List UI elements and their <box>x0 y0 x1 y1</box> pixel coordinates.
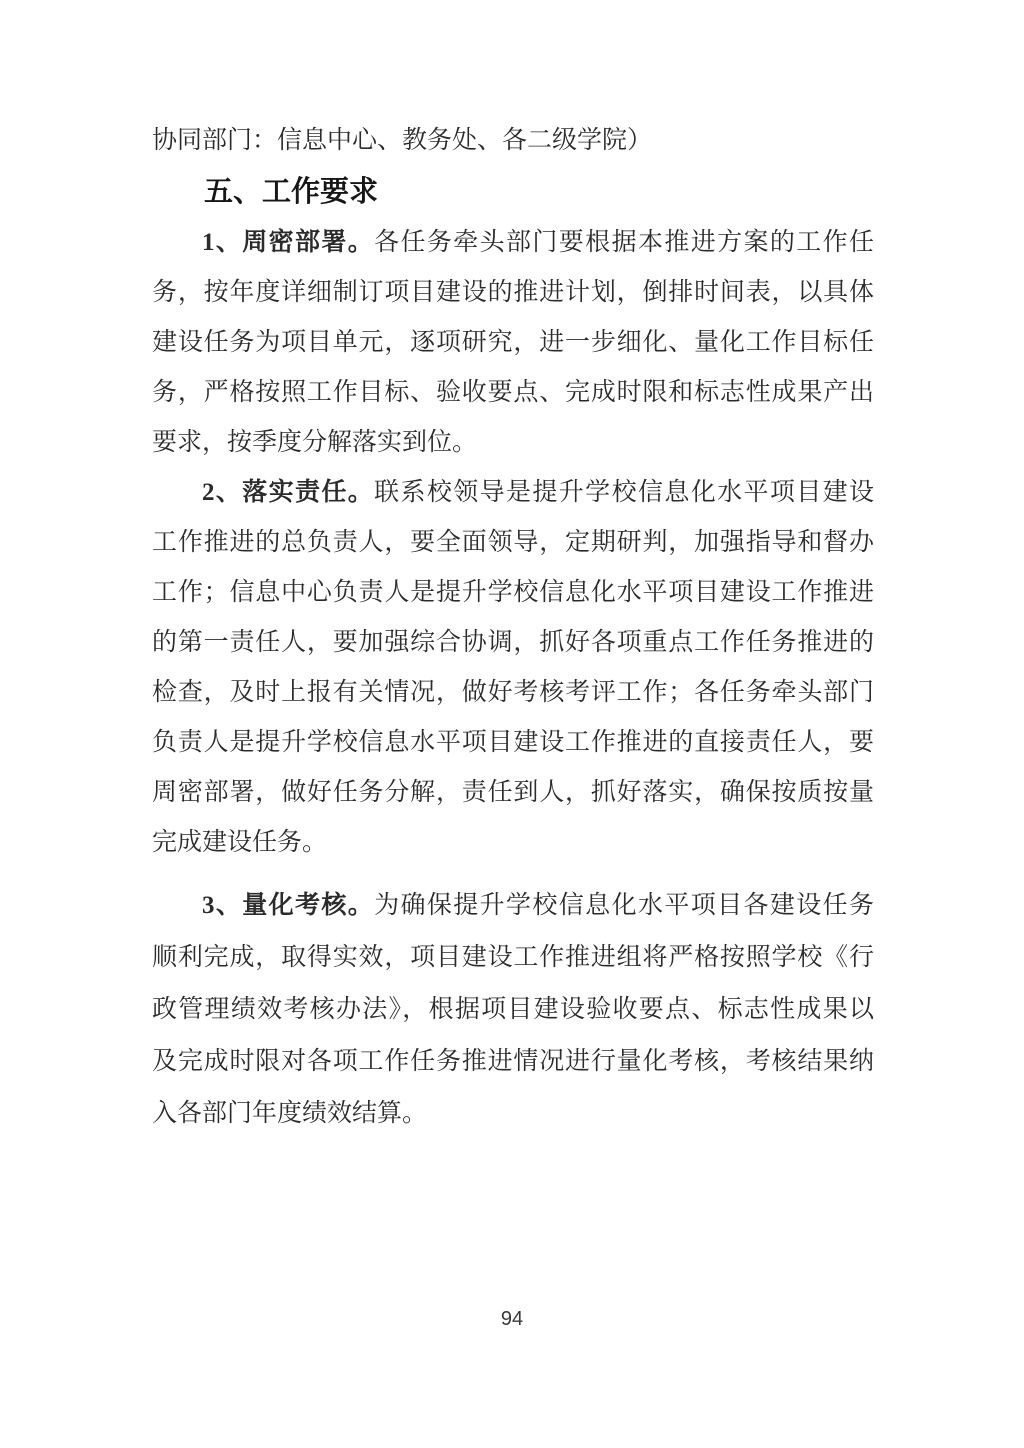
paragraph-2-line: 负责人是提升学校信息水平项目建设工作推进的直接责任人，要 <box>152 718 874 768</box>
document-body: 协同部门：信息中心、教务处、各二级学院） 五、工作要求 1、周密部署。各任务牵头… <box>152 116 874 1140</box>
intro-line: 协同部门：信息中心、教务处、各二级学院） <box>152 116 874 166</box>
paragraph-1-lead-text: 各任务牵头部门要根据本推进方案的工作任 <box>374 229 874 256</box>
paragraph-1-label: 1、周密部署。 <box>202 229 374 256</box>
paragraph-2-line: 工作；信息中心负责人是提升学校信息化水平项目建设工作推进 <box>152 568 874 618</box>
paragraph-3-lead-text: 为确保提升学校信息化水平项目各建设任务 <box>374 892 874 919</box>
paragraph-3-label: 3、量化考核。 <box>202 892 374 919</box>
paragraph-3-line: 及完成时限对各项工作任务推进情况进行量化考核，考核结果纳 <box>152 1036 874 1088</box>
paragraph-2: 2、落实责任。联系校领导是提升学校信息化水平项目建设 工作推进的总负责人，要全面… <box>152 468 874 868</box>
paragraph-2-lead-text: 联系校领导是提升学校信息化水平项目建设 <box>374 479 874 506</box>
paragraph-1-line: 务，严格按照工作目标、验收要点、完成时限和标志性成果产出 <box>152 368 874 418</box>
paragraph-1-line: 要求，按季度分解落实到位。 <box>152 418 874 468</box>
page-number: 94 <box>0 1308 1024 1331</box>
paragraph-1-line: 建设任务为项目单元，逐项研究，进一步细化、量化工作目标任 <box>152 318 874 368</box>
paragraph-1: 1、周密部署。各任务牵头部门要根据本推进方案的工作任 务，按年度详细制订项目建设… <box>152 218 874 468</box>
paragraph-2-label: 2、落实责任。 <box>202 479 374 506</box>
paragraph-3-line: 入各部门年度绩效结算。 <box>152 1088 874 1140</box>
paragraph-2-line: 周密部署，做好任务分解，责任到人，抓好落实，确保按质按量 <box>152 768 874 818</box>
paragraph-2-line: 完成建设任务。 <box>152 818 874 868</box>
paragraph-3-line: 政管理绩效考核办法》，根据项目建设验收要点、标志性成果以 <box>152 984 874 1036</box>
paragraph-3: 3、量化考核。为确保提升学校信息化水平项目各建设任务 顺利完成，取得实效，项目建… <box>152 880 874 1140</box>
document-page: 协同部门：信息中心、教务处、各二级学院） 五、工作要求 1、周密部署。各任务牵头… <box>0 0 1024 1448</box>
paragraph-2-line: 的第一责任人，要加强综合协调，抓好各项重点工作任务推进的 <box>152 618 874 668</box>
paragraph-1-line: 务，按年度详细制订项目建设的推进计划，倒排时间表，以具体 <box>152 268 874 318</box>
paragraph-2-lead-line: 2、落实责任。联系校领导是提升学校信息化水平项目建设 <box>152 468 874 518</box>
paragraph-3-line: 顺利完成，取得实效，项目建设工作推进组将严格按照学校《行 <box>152 932 874 984</box>
section-heading: 五、工作要求 <box>152 166 874 218</box>
paragraph-2-line: 工作推进的总负责人，要全面领导，定期研判，加强指导和督办 <box>152 518 874 568</box>
paragraph-1-lead-line: 1、周密部署。各任务牵头部门要根据本推进方案的工作任 <box>152 218 874 268</box>
paragraph-2-line: 检查，及时上报有关情况，做好考核考评工作；各任务牵头部门 <box>152 668 874 718</box>
paragraph-3-lead-line: 3、量化考核。为确保提升学校信息化水平项目各建设任务 <box>152 880 874 932</box>
